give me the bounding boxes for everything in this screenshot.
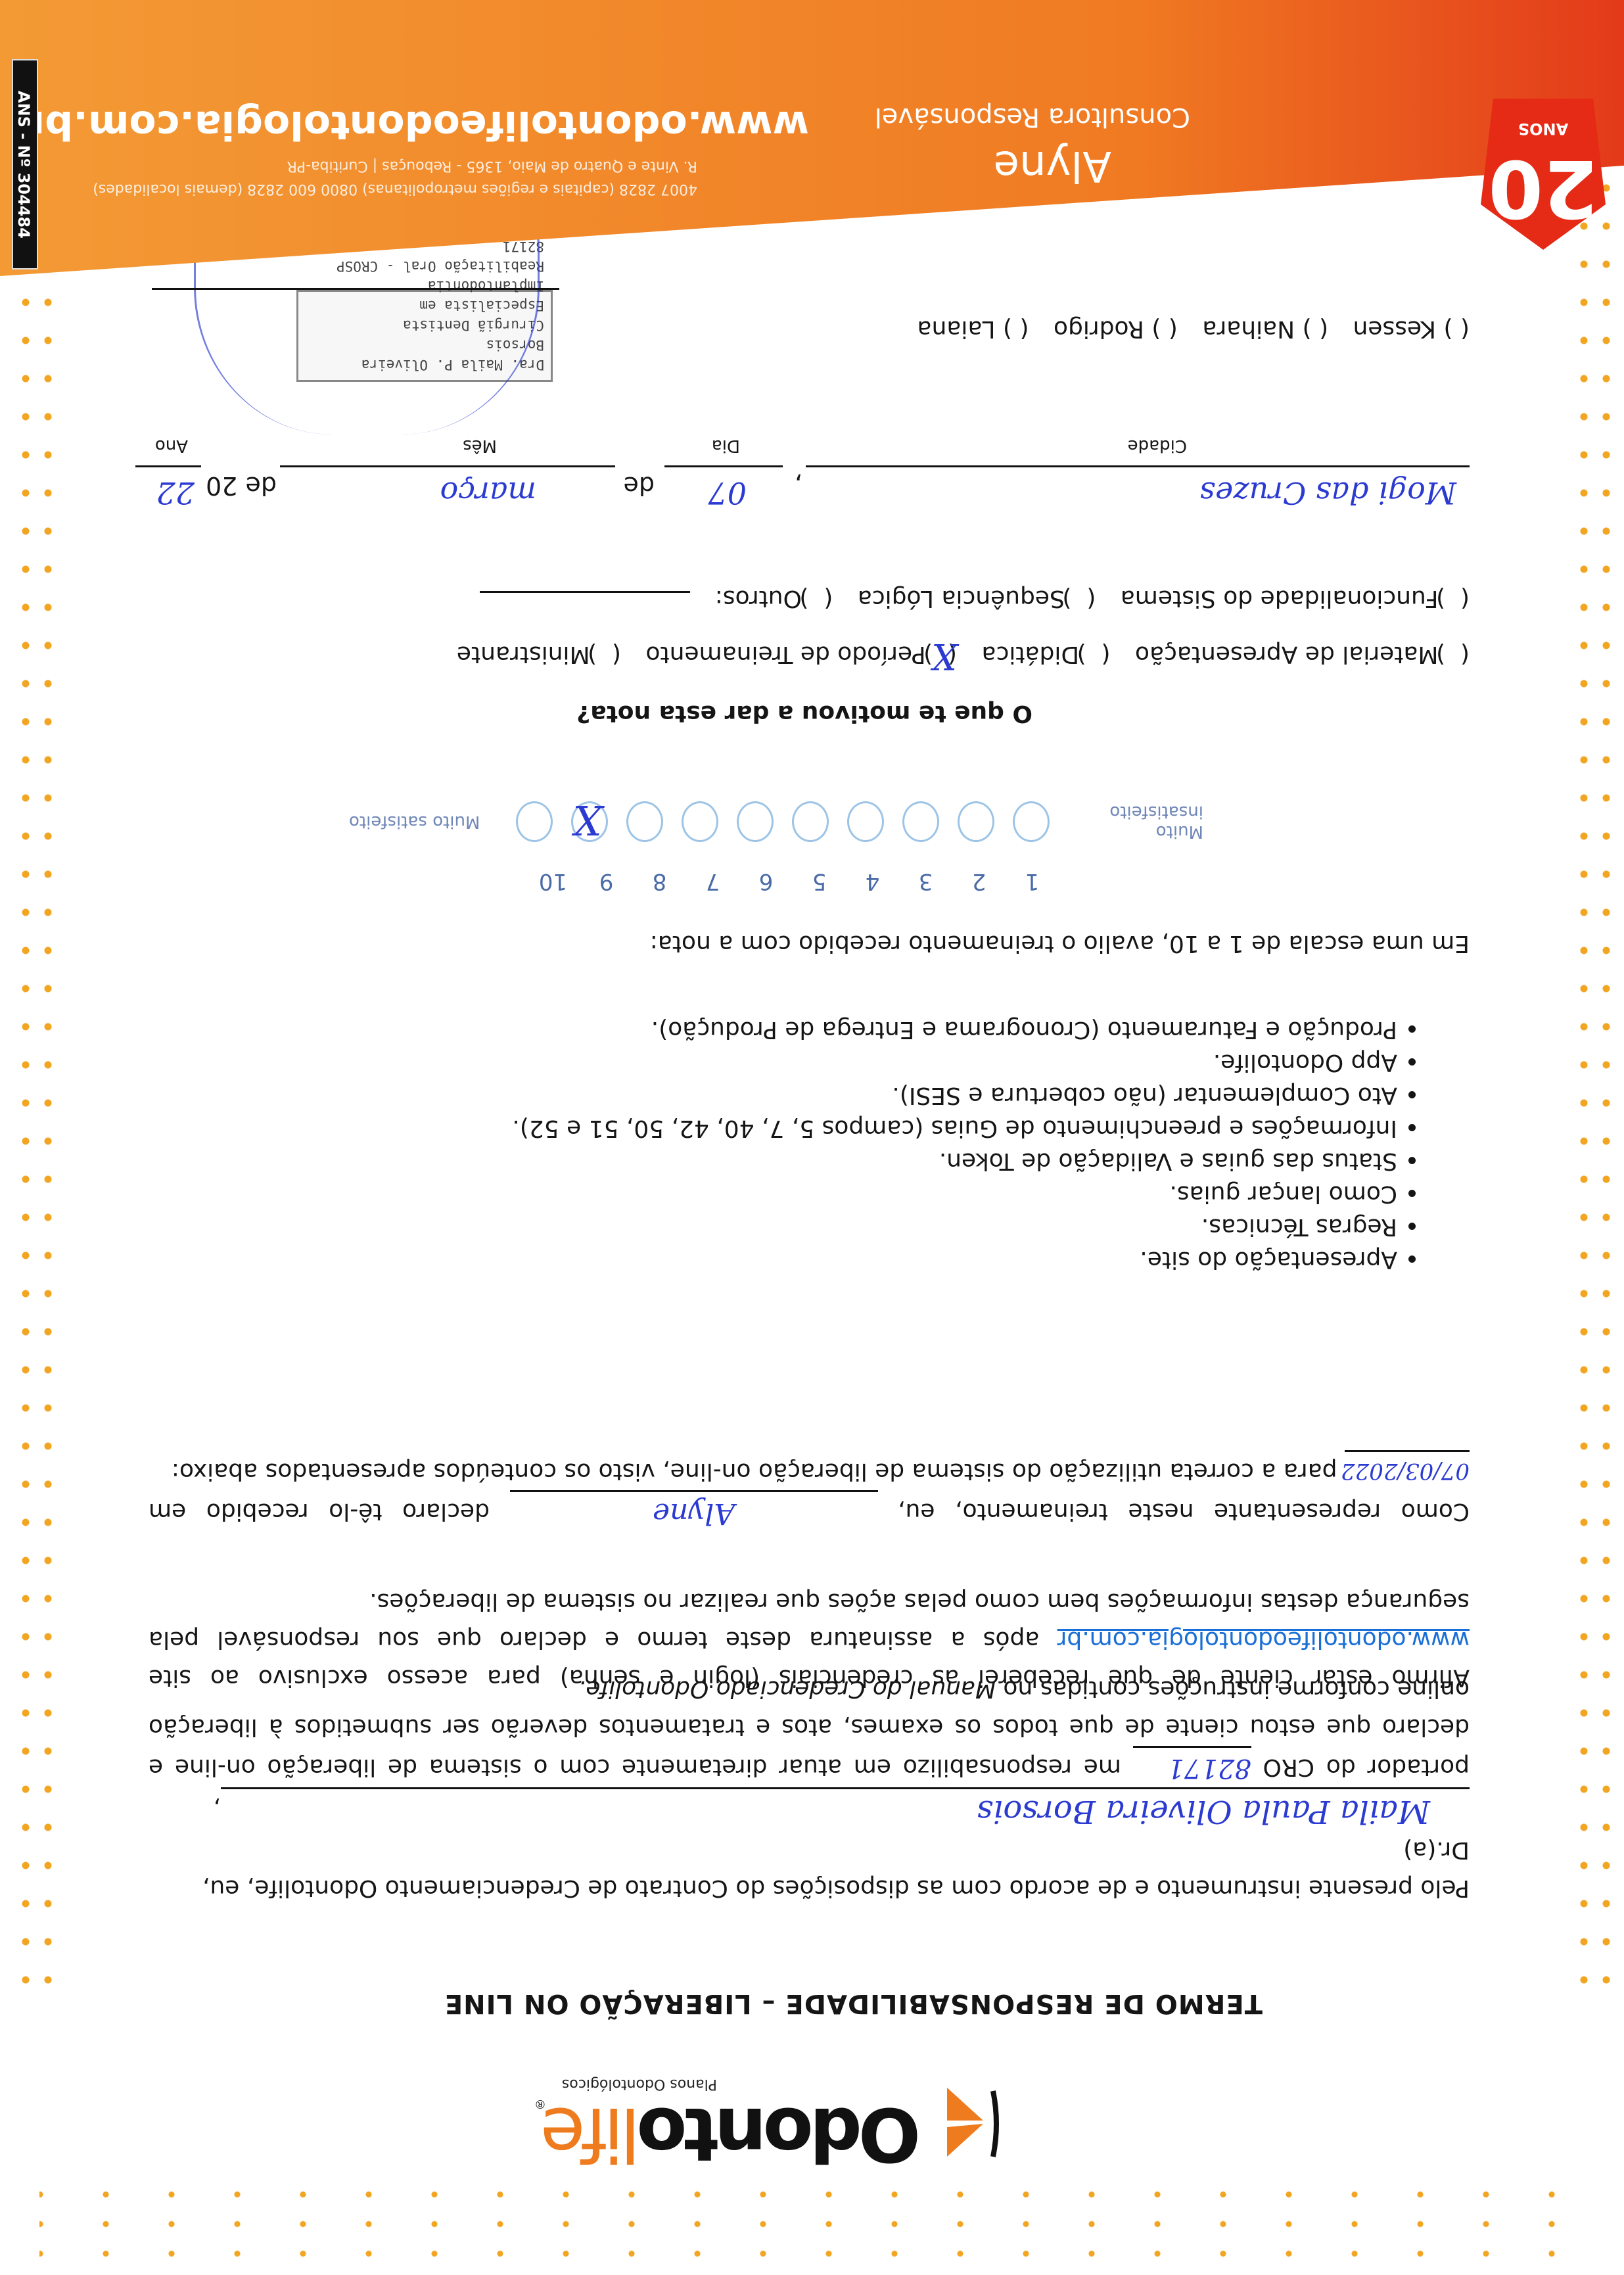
option-label: Laiana <box>917 316 995 342</box>
cro-label: portador do CRO <box>1263 1754 1470 1781</box>
cro-field[interactable]: 82171 <box>1133 1746 1251 1787</box>
topics-list: Apresentação do site. Regras Técnicas. C… <box>512 1013 1430 1276</box>
rating-radio-7[interactable] <box>682 801 718 842</box>
dr-name-field[interactable]: Maila Paula Oliveira Borsois <box>221 1787 1470 1831</box>
rating-radio-10[interactable] <box>516 801 553 842</box>
de-20-label: de 20 <box>206 471 277 500</box>
scale-number: 5 <box>793 868 846 895</box>
motivation-options-row1: ( ) Material de Apresentação ( ) Didátic… <box>440 641 1470 668</box>
rating-radio-8[interactable] <box>626 801 663 842</box>
logo-mark-icon <box>940 2084 1000 2163</box>
rating-question: Em uma escala de 1 a 10, avalio o treina… <box>650 930 1470 957</box>
scale-number: 7 <box>686 868 739 895</box>
decorative-dots-right <box>13 13 59 1999</box>
dr-name-handwritten: Maila Paula Oliveira Borsois <box>977 1793 1430 1830</box>
footer-website: www.odontolifeodontologia.com.br <box>26 102 809 148</box>
scale-number: 2 <box>952 868 1006 895</box>
rating-scale-numbers: 1 2 3 4 5 6 7 8 9 10 <box>526 868 1059 895</box>
credentials-text: Afirmo estar ciente de que receberei as … <box>149 1664 1470 1691</box>
scale-number: 8 <box>633 868 686 895</box>
list-item: Regras Técnicas. <box>512 1210 1397 1243</box>
rating-radio-9-selected[interactable] <box>571 801 608 842</box>
scale-low-label: Muito insatisfeito <box>1059 802 1203 841</box>
motivation-options-row2: ( ) Funcionalidade do Sistema ( ) Sequên… <box>480 585 1470 612</box>
rating-radio-3[interactable] <box>902 801 939 842</box>
rating-radio-2[interactable] <box>958 801 994 842</box>
city-handwritten: Mogi das Cruzes <box>1199 475 1456 511</box>
month-handwritten: março <box>440 475 537 511</box>
option-label: Rodrigo <box>1054 316 1144 342</box>
option-sequencia[interactable]: ( ) Sequência Lógica <box>858 585 1096 612</box>
day-field[interactable] <box>664 465 783 467</box>
dr-label: Dr.(a) <box>1403 1837 1470 1864</box>
consultant-naihara[interactable]: ( ) Naihara <box>1202 316 1328 342</box>
document-page: Odontolife ® Planos Odontológicos TERMO … <box>0 0 1624 2275</box>
others-input[interactable] <box>480 591 690 593</box>
option-periodo-checked[interactable]: ( ) Período de Treinamento <box>645 641 957 668</box>
logo-life: life <box>544 2091 641 2176</box>
website-link[interactable]: www.odontolifeodontologia.com.br <box>1057 1626 1470 1653</box>
decorative-dots-top <box>39 2176 1585 2268</box>
rating-radio-4[interactable] <box>847 801 884 842</box>
footer-address: R. Vinte e Quatro de Maio, 1365 - Rebouç… <box>287 158 697 174</box>
consultant-options: ( ) Kessen ( ) Naihara ( ) Rodrigo ( ) L… <box>900 316 1470 342</box>
day-handwritten: 07 <box>708 475 747 511</box>
consultant-role: Consultora Responsável <box>875 102 1190 132</box>
month-field[interactable] <box>280 465 615 467</box>
consultant-laiana[interactable]: ( ) Laiana <box>917 316 1029 342</box>
scale-high-label: Muito satisfeito <box>349 812 494 832</box>
paragraph-declaration: Pelo presente instrumento e de acordo co… <box>149 1670 1470 1907</box>
logo-subtitle: Planos Odontológicos <box>562 2076 717 2092</box>
option-label: Naihara <box>1202 316 1295 342</box>
option-label: Material de Apresentação <box>1135 641 1439 668</box>
option-label: Kessen <box>1353 316 1436 342</box>
paragraph-credentials: Afirmo estar ciente de que receberei as … <box>149 1582 1470 1697</box>
scale-number: 1 <box>1006 868 1059 895</box>
scale-number: 6 <box>739 868 793 895</box>
option-label: Ministrante <box>457 641 590 668</box>
year-caption: Ano <box>155 436 188 456</box>
rating-radio-6[interactable] <box>737 801 774 842</box>
list-item: Informações e preenchimento de Guias (ca… <box>512 1112 1397 1144</box>
consultant-rodrigo[interactable]: ( ) Rodrigo <box>1054 316 1178 342</box>
logo-odonto: Odonto <box>640 2091 921 2176</box>
option-label: Funcionalidade do Sistema <box>1121 585 1439 612</box>
list-item: App Odontolife. <box>512 1046 1397 1079</box>
option-label: Didática <box>981 641 1079 668</box>
list-item: Como lançar guias. <box>512 1177 1397 1210</box>
rating-radio-5[interactable] <box>792 801 829 842</box>
ans-registration: ANS - Nº 304484 <box>12 59 38 270</box>
consultant-name: Alyne <box>994 141 1111 190</box>
list-item: Apresentação do site. <box>512 1243 1397 1276</box>
option-label: Período de Treinamento <box>645 641 925 668</box>
year-handwritten: 22 <box>156 475 195 511</box>
city-caption: Cidade <box>1128 436 1187 456</box>
odontolife-logo: Odontolife ® Planos Odontológicos <box>540 2078 1000 2176</box>
option-didatica[interactable]: ( ) Didática <box>981 641 1110 668</box>
training-date-field[interactable]: 07/03/2022 <box>1345 1450 1470 1490</box>
scale-number: 10 <box>526 868 580 895</box>
city-field[interactable] <box>806 465 1470 467</box>
signature-field[interactable] <box>152 288 559 290</box>
option-outros[interactable]: ( ) Outros: <box>715 585 833 612</box>
scale-number: 3 <box>899 868 952 895</box>
year-field[interactable] <box>135 465 201 467</box>
consultant-kessen[interactable]: ( ) Kessen <box>1353 316 1470 342</box>
representative-field[interactable]: Alyne <box>510 1490 878 1532</box>
training-date-handwritten: 07/03/2022 <box>1341 1458 1470 1484</box>
paragraph-training: Como representante neste treinamento, eu… <box>149 1450 1470 1532</box>
rating-options <box>507 801 1059 842</box>
day-caption: Dia <box>712 436 740 456</box>
footer-phone: 4007 2828 (capitais e regiões metropolit… <box>93 181 697 197</box>
training-text: Como representante neste treinamento, eu… <box>898 1498 1470 1525</box>
option-ministrante[interactable]: ( ) Ministrante <box>457 641 621 668</box>
list-item: Produção e Faturamento (Cronograma e Ent… <box>512 1013 1397 1046</box>
training-text-3: para a correta utilização do sistema de … <box>172 1458 1337 1485</box>
representative-handwritten: Alyne <box>653 1497 735 1530</box>
list-item: Status das guias e Validação de Token. <box>512 1144 1397 1177</box>
document-title: TERMO DE RESPONSABILIDADE – LIBERAÇÃO ON… <box>444 1988 1263 2019</box>
option-label: Sequência Lógica <box>858 585 1065 612</box>
badge-label: ANOS <box>1481 120 1606 138</box>
motivation-question: O que te motivou a dar esta nota? <box>576 700 1032 727</box>
option-label: Outros: <box>715 585 802 612</box>
training-text-2: declaro tê-lo recebido em <box>149 1498 490 1525</box>
list-item: Ato Complementar (não cobertura e SESI). <box>512 1079 1397 1112</box>
scale-number: 4 <box>846 868 899 895</box>
registered-mark: ® <box>534 2097 546 2111</box>
rating-scale: Muito insatisfeito Muito satisfeito <box>349 801 1203 842</box>
cro-handwritten: 82171 <box>1168 1753 1251 1783</box>
month-caption: Mês <box>463 436 497 456</box>
intro-text: Pelo presente instrumento e de acordo co… <box>202 1875 1470 1902</box>
option-funcionalidade[interactable]: ( ) Funcionalidade do Sistema <box>1121 585 1470 612</box>
rating-radio-1[interactable] <box>1013 801 1050 842</box>
decorative-dots-left <box>1571 13 1617 1999</box>
scale-number: 9 <box>580 868 633 895</box>
de-label: de <box>624 471 655 500</box>
option-material[interactable]: ( ) Material de Apresentação <box>1135 641 1470 668</box>
logo-wordmark: Odontolife <box>544 2091 921 2176</box>
